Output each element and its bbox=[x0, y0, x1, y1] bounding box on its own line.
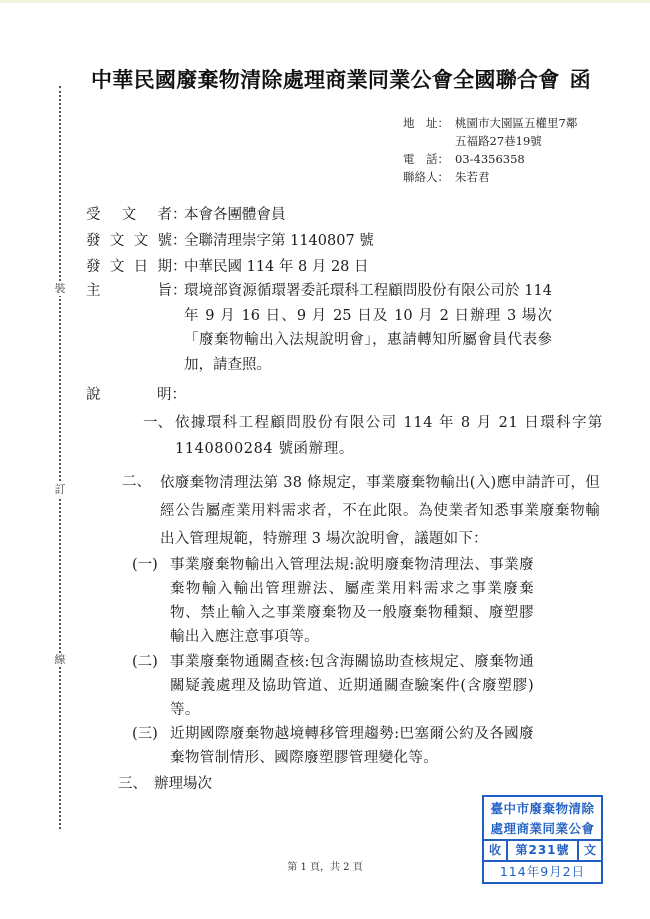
explanation-subitem-2: (二) 事業廢棄物通關查核:包含海關協助查核規定、廢棄物通關疑義處理及協助管道、… bbox=[132, 650, 602, 725]
subitem-text: 近期國際廢棄物越境轉移管理趨勢:巴塞爾公約及各國廢棄物管制情形、國際廢塑膠管理變… bbox=[170, 722, 534, 770]
explanation-label: 說 明： bbox=[86, 383, 186, 404]
colon: ： bbox=[172, 279, 184, 377]
explanation-subitem-1: (一) 事業廢棄物輸出入管理法規:說明廢棄物清理法、事業廢棄物輸入輸出管理辦法、… bbox=[132, 553, 602, 653]
contact-person-row: 聯絡人： 朱若君 bbox=[403, 168, 577, 186]
label-char: 明： bbox=[157, 383, 186, 404]
doc-number-row: 發 文 文 號 ： 全聯清理崇字第 1140807 號 bbox=[86, 228, 374, 254]
explanation-item-1: 一、 依據環科工程顧問股份有限公司 114 年 8 月 21 日環科字第 114… bbox=[143, 410, 603, 470]
subject-label: 主 旨 bbox=[86, 279, 172, 377]
doc-number-value: 全聯清理崇字第 1140807 號 bbox=[184, 228, 374, 254]
item-number: 一、 bbox=[143, 410, 172, 436]
contact-person-label: 聯絡人： bbox=[403, 168, 455, 186]
address-label: 地 址： bbox=[403, 114, 455, 132]
binding-char-ding: 訂 bbox=[50, 483, 70, 497]
recipient-row: 受 文 者 ： 本會各團體會員 bbox=[86, 202, 374, 228]
doc-date-label: 發 文 日 期 bbox=[86, 254, 172, 280]
label-char: 文 bbox=[110, 254, 125, 280]
subitem-number: (三) bbox=[132, 722, 158, 746]
subitem-number: (二) bbox=[132, 650, 158, 674]
address-row: 地 址： 桃園市大園區五權里7鄰 bbox=[403, 114, 577, 132]
contact-block: 地 址： 桃園市大園區五權里7鄰 五福路27巷19號 電 話： 03-43563… bbox=[403, 114, 577, 186]
item-text: 依據環科工程顧問股份有限公司 114 年 8 月 21 日環科字第 114080… bbox=[175, 410, 603, 462]
item-text: 依廢棄物清理法第 38 條規定，事業廢棄物輸出(入)應申請許可，但經公告屬產業用… bbox=[160, 469, 600, 553]
label-char: 文 bbox=[110, 228, 125, 254]
subject-text: 環境部資源循環署委託環科工程顧問股份有限公司於 114 年 9 月 16 日、9… bbox=[184, 279, 552, 377]
colon: ： bbox=[172, 228, 184, 254]
explanation-item-3: 三、 辦理場次 bbox=[118, 771, 418, 801]
explanation-item-2: 二、 依廢棄物清理法第 38 條規定，事業廢棄物輸出(入)應申請許可，但經公告屬… bbox=[122, 469, 603, 555]
document-meta: 受 文 者 ： 本會各團體會員 發 文 文 號 ： 全聯清理崇字第 114080… bbox=[86, 202, 374, 280]
label-char: 受 bbox=[86, 202, 101, 228]
item-number: 二、 bbox=[122, 469, 151, 495]
stamp-org-line2: 處理商業同業公會 bbox=[484, 819, 601, 839]
stamp-org-line1: 臺中市廢棄物清除 bbox=[484, 799, 601, 819]
phone-label: 電 話： bbox=[403, 150, 455, 168]
recipient-label: 受 文 者 bbox=[86, 202, 172, 228]
address-row-2: 五福路27巷19號 bbox=[403, 132, 577, 150]
item-text: 辦理場次 bbox=[154, 771, 414, 797]
label-char: 文 bbox=[134, 228, 149, 254]
scan-edge bbox=[0, 0, 650, 3]
label-char: 文 bbox=[122, 202, 137, 228]
binding-margin-line bbox=[59, 86, 61, 829]
label-char: 主 bbox=[86, 279, 101, 377]
recipient-value: 本會各團體會員 bbox=[184, 202, 286, 228]
binding-char-xian: 線 bbox=[50, 653, 70, 667]
label-char: 旨 bbox=[158, 279, 173, 377]
doc-date-value: 中華民國 114 年 8 月 28 日 bbox=[184, 254, 369, 280]
doc-number-label: 發 文 文 號 bbox=[86, 228, 172, 254]
contact-person-value: 朱若君 bbox=[455, 168, 490, 186]
letterhead-title: 中華民國廢棄物清除處理商業同業公會全國聯合會函 bbox=[91, 64, 591, 94]
address-line2: 五福路27巷19號 bbox=[455, 132, 542, 150]
colon: ： bbox=[172, 202, 184, 228]
stamp-organization: 臺中市廢棄物清除 處理商業同業公會 bbox=[484, 797, 601, 841]
label-char: 發 bbox=[86, 254, 101, 280]
label-char: 發 bbox=[86, 228, 101, 254]
organization-name: 中華民國廢棄物清除處理商業同業公會全國聯合會 bbox=[91, 68, 560, 92]
item-number: 三、 bbox=[118, 771, 147, 797]
explanation-subitem-3: (三) 近期國際廢棄物越境轉移管理趨勢:巴塞爾公約及各國廢棄物管制情形、國際廢塑… bbox=[132, 722, 602, 772]
colon: ： bbox=[172, 254, 184, 280]
binding-char-zhuang: 裝 bbox=[50, 282, 70, 296]
subitem-text: 事業廢棄物通關查核:包含海關協助查核規定、廢棄物通關疑義處理及協助管道、近期通關… bbox=[170, 650, 534, 722]
phone-value: 03-4356358 bbox=[455, 150, 525, 168]
label-char: 期 bbox=[157, 254, 172, 280]
label-char: 日 bbox=[134, 254, 149, 280]
label-char: 說 bbox=[86, 383, 106, 404]
label-char: 號 bbox=[157, 228, 172, 254]
subitem-text: 事業廢棄物輸出入管理法規:說明廢棄物清理法、事業廢棄物輸入輸出管理辦法、屬產業用… bbox=[170, 553, 534, 649]
phone-row: 電 話： 03-4356358 bbox=[403, 150, 577, 168]
doc-date-row: 發 文 日 期 ： 中華民國 114 年 8 月 28 日 bbox=[86, 254, 374, 280]
address-line1: 桃園市大園區五權里7鄰 bbox=[455, 114, 577, 132]
document-type: 函 bbox=[570, 68, 591, 92]
page-number: 第 1 頁，共 2 頁 bbox=[0, 858, 650, 873]
label-char: 者 bbox=[158, 202, 173, 228]
subject-section: 主 旨 ： 環境部資源循環署委託環科工程顧問股份有限公司於 114 年 9 月 … bbox=[86, 279, 552, 377]
subitem-number: (一) bbox=[132, 553, 158, 577]
